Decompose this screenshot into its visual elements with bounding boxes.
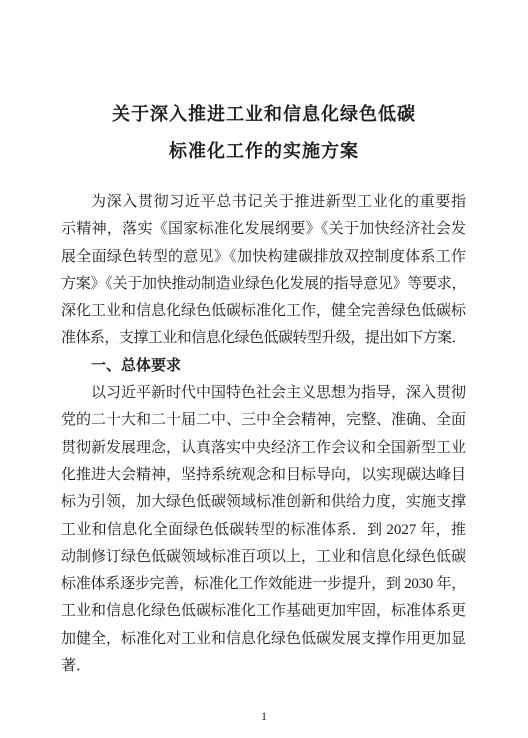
paragraph-line: 动制修订绿色低碳领域标准百项以上，工业和信息化绿色低碳 xyxy=(61,544,466,571)
section-heading: 一、总体要求 xyxy=(61,353,466,380)
paragraph-line: 标为引领，加大绿色低碳领域标准创新和供给力度，实施支撑 xyxy=(61,489,466,516)
paragraph-line: 工业和信息化绿色低碳标准化工作基础更加牢固，标准体系更 xyxy=(61,598,466,625)
paragraph-line: 著． xyxy=(61,653,466,680)
title-line-1: 关于深入推进工业和信息化绿色低碳 xyxy=(0,96,528,133)
paragraph-line: 展全面绿色转型的意见》《加快构建碳排放双控制度体系工作 xyxy=(61,244,466,271)
document-page: 关于深入推进工业和信息化绿色低碳 标准化工作的实施方案 为深入贯彻习近平总书记关… xyxy=(0,0,528,738)
document-title: 关于深入推进工业和信息化绿色低碳 标准化工作的实施方案 xyxy=(0,0,528,170)
paragraph-line: 化推进大会精神，坚持系统观念和目标导向，以实现碳达峰目 xyxy=(61,462,466,489)
paragraph-line: 方案》《关于加快推动制造业绿色化发展的指导意见》等要求， xyxy=(61,271,466,298)
page-number: 1 xyxy=(0,708,528,724)
paragraph-line: 为深入贯彻习近平总书记关于推进新型工业化的重要指 xyxy=(61,189,466,216)
document-body: 为深入贯彻习近平总书记关于推进新型工业化的重要指 示精神，落实《国家标准化发展纲… xyxy=(61,189,466,680)
paragraph-line: 以习近平新时代中国特色社会主义思想为指导，深入贯彻 xyxy=(61,380,466,407)
paragraph-line: 深化工业和信息化绿色低碳标准化工作，健全完善绿色低碳标 xyxy=(61,298,466,325)
paragraph-line: 贯彻新发展理念，认真落实中央经济工作会议和全国新型工业 xyxy=(61,435,466,462)
paragraph-line: 标准体系逐步完善，标准化工作效能进一步提升，到 2030 年， xyxy=(61,571,466,598)
paragraph-line: 加健全，标准化对工业和信息化绿色低碳发展支撑作用更加显 xyxy=(61,626,466,653)
paragraph-line: 准体系，支撑工业和信息化绿色低碳转型升级，提出如下方案． xyxy=(61,325,466,352)
paragraph-line: 示精神，落实《国家标准化发展纲要》《关于加快经济社会发 xyxy=(61,216,466,243)
paragraph-line: 工业和信息化全面绿色低碳转型的标准体系．到 2027 年，推 xyxy=(61,517,466,544)
title-line-2: 标准化工作的实施方案 xyxy=(0,133,528,170)
paragraph-line: 党的二十大和二十届二中、三中全会精神，完整、准确、全面 xyxy=(61,407,466,434)
